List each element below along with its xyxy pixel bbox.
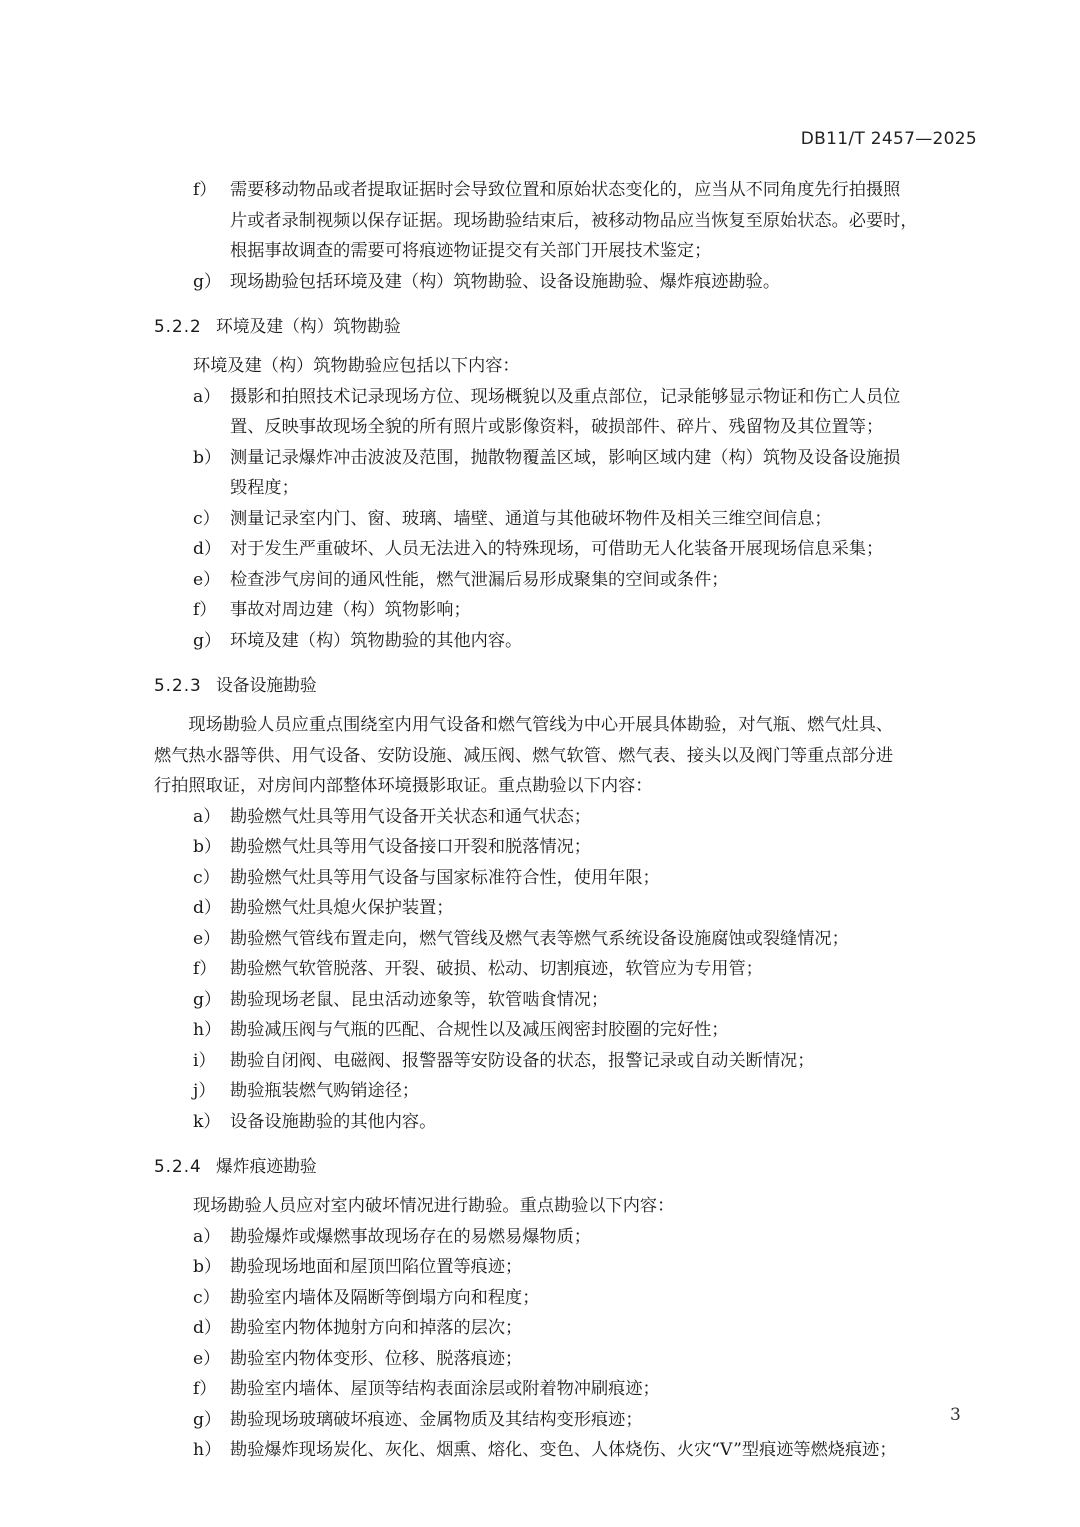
section-title: 爆炸痕迹勘验 bbox=[216, 1156, 317, 1176]
list-item-label: c） bbox=[193, 504, 220, 535]
list-item: h）勘验爆炸现场炭化、灰化、烟熏、熔化、变色、人体烧伤、火灾“V”型痕迹等燃烧痕… bbox=[154, 1435, 978, 1466]
list-item-text: 勘验燃气灶具等用气设备开关状态和通气状态； bbox=[230, 802, 978, 833]
list-item-label: c） bbox=[193, 1283, 220, 1314]
list-item: e）检查涉气房间的通风性能，燃气泄漏后易形成聚集的空间或条件； bbox=[154, 565, 978, 596]
section-title: 环境及建（构）筑物勘验 bbox=[216, 316, 401, 336]
list-item-label: d） bbox=[193, 534, 221, 565]
list-item-label: h） bbox=[193, 1435, 221, 1466]
list-item-label: b） bbox=[193, 832, 221, 863]
section-paragraph: 燃气热水器等供、用气设备、安防设施、减压阀、燃气软管、燃气表、接头以及阀门等重点… bbox=[154, 741, 978, 772]
list-item: e）勘验燃气管线布置走向，燃气管线及燃气表等燃气系统设备设施腐蚀或裂缝情况； bbox=[154, 924, 978, 955]
list-item: f）勘验燃气软管脱落、开裂、破损、松动、切割痕迹，软管应为专用管； bbox=[154, 954, 978, 985]
list-item-text: 测量记录室内门、窗、玻璃、墙壁、通道与其他破坏物件及相关三维空间信息； bbox=[230, 504, 978, 535]
list-item-text: 勘验室内物体抛射方向和掉落的层次； bbox=[230, 1313, 978, 1344]
list-item-text: 勘验减压阀与气瓶的匹配、合规性以及减压阀密封胶圈的完好性； bbox=[230, 1015, 978, 1046]
list-item-text: 勘验燃气灶具熄火保护装置； bbox=[230, 893, 978, 924]
page-body: f）需要移动物品或者提取证据时会导致位置和原始状态变化的，应当从不同角度先行拍摄… bbox=[154, 175, 978, 1466]
list-item-text: 勘验燃气管线布置走向，燃气管线及燃气表等燃气系统设备设施腐蚀或裂缝情况； bbox=[230, 924, 978, 955]
list-item: f）事故对周边建（构）筑物影响； bbox=[154, 595, 978, 626]
list-item-label: f） bbox=[193, 1374, 217, 1405]
list-item-text: 勘验爆炸现场炭化、灰化、烟熏、熔化、变色、人体烧伤、火灾“V”型痕迹等燃烧痕迹； bbox=[230, 1435, 978, 1466]
list-item: g）现场勘验包括环境及建（构）筑物勘验、设备设施勘验、爆炸痕迹勘验。 bbox=[154, 267, 978, 298]
list-item: g）勘验现场老鼠、昆虫活动迹象等，软管啮食情况； bbox=[154, 985, 978, 1016]
list-item-text: 现场勘验包括环境及建（构）筑物勘验、设备设施勘验、爆炸痕迹勘验。 bbox=[230, 267, 978, 298]
list-item: c）测量记录室内门、窗、玻璃、墙壁、通道与其他破坏物件及相关三维空间信息； bbox=[154, 504, 978, 535]
list-item-label: c） bbox=[193, 863, 220, 894]
section-heading: 5.2.3设备设施勘验 bbox=[154, 670, 978, 700]
list-item-text: 勘验燃气软管脱落、开裂、破损、松动、切割痕迹，软管应为专用管； bbox=[230, 954, 978, 985]
list-item: 置、反映事故现场全貌的所有照片或影像资料，破损部件、碎片、残留物及其位置等； bbox=[154, 412, 978, 443]
list-item-text: 事故对周边建（构）筑物影响； bbox=[230, 595, 978, 626]
list-item-text: 环境及建（构）筑物勘验的其他内容。 bbox=[230, 626, 978, 657]
list-item: a）摄影和拍照技术记录现场方位、现场概貌以及重点部位，记录能够显示物证和伤亡人员… bbox=[154, 382, 978, 413]
list-item-label: e） bbox=[193, 924, 220, 955]
section-intro: 现场勘验人员应对室内破坏情况进行勘验。重点勘验以下内容： bbox=[154, 1191, 978, 1222]
list-item: c）勘验燃气灶具等用气设备与国家标准符合性，使用年限； bbox=[154, 863, 978, 894]
list-item-text: 勘验现场老鼠、昆虫活动迹象等，软管啮食情况； bbox=[230, 985, 978, 1016]
list-item-text: 勘验室内墙体及隔断等倒塌方向和程度； bbox=[230, 1283, 978, 1314]
list-item: 根据事故调查的需要可将痕迹物证提交有关部门开展技术鉴定； bbox=[154, 236, 978, 267]
list-item: d）勘验室内物体抛射方向和掉落的层次； bbox=[154, 1313, 978, 1344]
list-item: d）对于发生严重破坏、人员无法进入的特殊现场，可借助无人化装备开展现场信息采集； bbox=[154, 534, 978, 565]
list-item-text: 勘验燃气灶具等用气设备接口开裂和脱落情况； bbox=[230, 832, 978, 863]
list-item-label: f） bbox=[193, 595, 217, 626]
list-item-text: 勘验瓶装燃气购销途径； bbox=[230, 1076, 978, 1107]
list-item-label: f） bbox=[193, 954, 217, 985]
list-item: 毁程度； bbox=[154, 473, 978, 504]
list-item: g）勘验现场玻璃破坏痕迹、金属物质及其结构变形痕迹； bbox=[154, 1405, 978, 1436]
list-item-label: a） bbox=[193, 382, 220, 413]
list-item: j）勘验瓶装燃气购销途径； bbox=[154, 1076, 978, 1107]
list-item: a）勘验燃气灶具等用气设备开关状态和通气状态； bbox=[154, 802, 978, 833]
list-item: f）勘验室内墙体、屋顶等结构表面涂层或附着物冲刷痕迹； bbox=[154, 1374, 978, 1405]
list-item-text: 检查涉气房间的通风性能，燃气泄漏后易形成聚集的空间或条件； bbox=[230, 565, 978, 596]
list-item-text: 毁程度； bbox=[230, 473, 978, 504]
section-heading: 5.2.2环境及建（构）筑物勘验 bbox=[154, 311, 978, 341]
list-item-text: 勘验爆炸或爆燃事故现场存在的易燃易爆物质； bbox=[230, 1222, 978, 1253]
list-item-text: 对于发生严重破坏、人员无法进入的特殊现场，可借助无人化装备开展现场信息采集； bbox=[230, 534, 978, 565]
list-item-label: a） bbox=[193, 1222, 220, 1253]
list-item-text: 置、反映事故现场全貌的所有照片或影像资料，破损部件、碎片、残留物及其位置等； bbox=[230, 412, 978, 443]
section-paragraph: 行拍照取证，对房间内部整体环境摄影取证。重点勘验以下内容： bbox=[154, 771, 978, 802]
section-number: 5.2.3 bbox=[154, 670, 216, 700]
list-item-label: b） bbox=[193, 1252, 221, 1283]
list-item-label: g） bbox=[193, 267, 221, 298]
list-item-text: 勘验自闭阀、电磁阀、报警器等安防设备的状态，报警记录或自动关断情况； bbox=[230, 1046, 978, 1077]
section-number: 5.2.2 bbox=[154, 311, 216, 341]
list-item-label: a） bbox=[193, 802, 220, 833]
list-item-text: 勘验室内物体变形、位移、脱落痕迹； bbox=[230, 1344, 978, 1375]
list-item-label: j） bbox=[193, 1076, 216, 1107]
list-item-text: 勘验燃气灶具等用气设备与国家标准符合性，使用年限； bbox=[230, 863, 978, 894]
list-item: f）需要移动物品或者提取证据时会导致位置和原始状态变化的，应当从不同角度先行拍摄… bbox=[154, 175, 978, 206]
list-item-label: f） bbox=[193, 175, 217, 206]
section-intro: 环境及建（构）筑物勘验应包括以下内容： bbox=[154, 351, 978, 382]
list-item: b）勘验现场地面和屋顶凹陷位置等痕迹； bbox=[154, 1252, 978, 1283]
list-item-text: 需要移动物品或者提取证据时会导致位置和原始状态变化的，应当从不同角度先行拍摄照 bbox=[230, 175, 978, 206]
page-number: 3 bbox=[950, 1405, 961, 1425]
list-item-label: d） bbox=[193, 1313, 221, 1344]
list-item-label: k） bbox=[193, 1107, 221, 1138]
section-number: 5.2.4 bbox=[154, 1151, 216, 1181]
list-item-text: 勘验现场玻璃破坏痕迹、金属物质及其结构变形痕迹； bbox=[230, 1405, 978, 1436]
list-item-text: 摄影和拍照技术记录现场方位、现场概貌以及重点部位，记录能够显示物证和伤亡人员位 bbox=[230, 382, 978, 413]
list-item-label: i） bbox=[193, 1046, 216, 1077]
list-item: k）设备设施勘验的其他内容。 bbox=[154, 1107, 978, 1138]
list-item-label: g） bbox=[193, 1405, 221, 1436]
list-item-text: 测量记录爆炸冲击波波及范围，抛散物覆盖区域，影响区域内建（构）筑物及设备设施损 bbox=[230, 443, 978, 474]
list-item: i）勘验自闭阀、电磁阀、报警器等安防设备的状态，报警记录或自动关断情况； bbox=[154, 1046, 978, 1077]
section-heading: 5.2.4爆炸痕迹勘验 bbox=[154, 1151, 978, 1181]
list-item-label: e） bbox=[193, 1344, 220, 1375]
list-item-text: 片或者录制视频以保存证据。现场勘验结束后，被移动物品应当恢复至原始状态。必要时， bbox=[230, 206, 978, 237]
list-item: 片或者录制视频以保存证据。现场勘验结束后，被移动物品应当恢复至原始状态。必要时， bbox=[154, 206, 978, 237]
list-item: d）勘验燃气灶具熄火保护装置； bbox=[154, 893, 978, 924]
section-title: 设备设施勘验 bbox=[216, 675, 317, 695]
list-item-text: 勘验室内墙体、屋顶等结构表面涂层或附着物冲刷痕迹； bbox=[230, 1374, 978, 1405]
list-item: b）测量记录爆炸冲击波波及范围，抛散物覆盖区域，影响区域内建（构）筑物及设备设施… bbox=[154, 443, 978, 474]
section-paragraph: 现场勘验人员应重点围绕室内用气设备和燃气管线为中心开展具体勘验，对气瓶、燃气灶具… bbox=[154, 710, 978, 741]
list-item: a）勘验爆炸或爆燃事故现场存在的易燃易爆物质； bbox=[154, 1222, 978, 1253]
list-item: b）勘验燃气灶具等用气设备接口开裂和脱落情况； bbox=[154, 832, 978, 863]
list-item: c）勘验室内墙体及隔断等倒塌方向和程度； bbox=[154, 1283, 978, 1314]
list-item-label: g） bbox=[193, 985, 221, 1016]
list-item: h）勘验减压阀与气瓶的匹配、合规性以及减压阀密封胶圈的完好性； bbox=[154, 1015, 978, 1046]
list-item: e）勘验室内物体变形、位移、脱落痕迹； bbox=[154, 1344, 978, 1375]
list-item-label: h） bbox=[193, 1015, 221, 1046]
document-code: DB11/T 2457—2025 bbox=[801, 129, 977, 149]
list-item: g）环境及建（构）筑物勘验的其他内容。 bbox=[154, 626, 978, 657]
list-item-label: b） bbox=[193, 443, 221, 474]
list-item-text: 勘验现场地面和屋顶凹陷位置等痕迹； bbox=[230, 1252, 978, 1283]
list-item-label: d） bbox=[193, 893, 221, 924]
list-item-text: 根据事故调查的需要可将痕迹物证提交有关部门开展技术鉴定； bbox=[230, 236, 978, 267]
list-item-label: e） bbox=[193, 565, 220, 596]
list-item-label: g） bbox=[193, 626, 221, 657]
list-item-text: 设备设施勘验的其他内容。 bbox=[230, 1107, 978, 1138]
